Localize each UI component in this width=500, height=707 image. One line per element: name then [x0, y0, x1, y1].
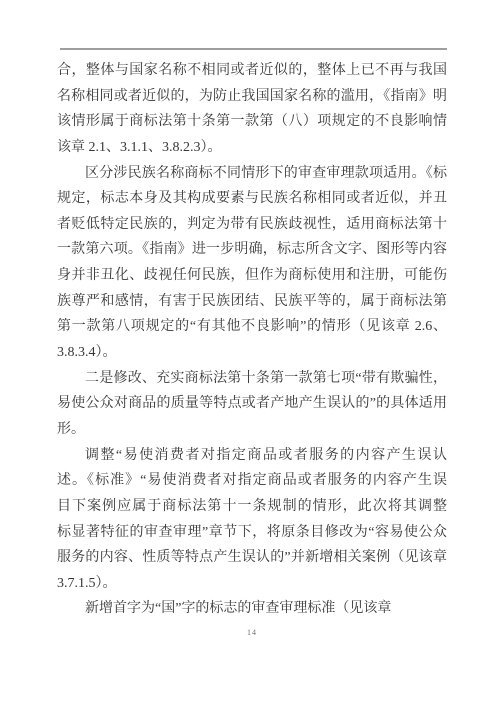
text-line: 形。: [57, 417, 447, 443]
text-line: 该章 2.1、3.1.1、3.8.2.3）。: [57, 135, 447, 161]
text-line: 一款第六项。《指南》进一步明确，标志所含文字、图形等内容本: [57, 237, 447, 263]
text-line: 该情形属于商标法第十条第一款第（八）项规定的不良影响情形（见: [57, 109, 447, 135]
text-line: 族尊严和感情，有害于民族团结、民族平等的，属于商标法第十条: [57, 289, 447, 315]
text-line: 易使公众对商品的质量等特点或者产地产生误认的”的具体适用情: [57, 391, 447, 417]
text-line: 述。《标准》“易使消费者对指定商品或者服务的内容产生误认”条: [57, 468, 447, 494]
page-number: 14: [57, 628, 447, 637]
text-line: 身并非丑化、歧视任何民族，但作为商标使用和注册，可能伤害民: [57, 263, 447, 289]
text-line: 规定，标志本身及其构成要素与民族名称相同或者近似，并丑化或: [57, 186, 447, 212]
document-body: 合，整体与国家名称不相同或者近似的，整体上已不再与我国国家 名称相同或者近似的，…: [57, 58, 447, 622]
text-line: 二是修改、充实商标法第十条第一款第七项“带有欺骗性，容: [57, 366, 447, 392]
document-page: 合，整体与国家名称不相同或者近似的，整体上已不再与我国国家 名称相同或者近似的，…: [0, 0, 500, 707]
text-line: 服务的内容、性质等特点产生误认的”并新增相关案例（见该章: [57, 545, 447, 571]
text-line: 目下案例应属于商标法第十一条规制的情形，此次将其调整到“商: [57, 494, 447, 520]
text-line: 合，整体与国家名称不相同或者近似的，整体上已不再与我国国家: [57, 58, 447, 84]
text-line: 者贬低特定民族的，判定为带有民族歧视性，适用商标法第十条第: [57, 212, 447, 238]
text-line: 新增首字为“国”字的标志的审查审理标准（见该章 3.7.1.1）。: [57, 596, 447, 622]
text-line: 标显著特征的审查审理”章节下，将原条目修改为“容易使公众对: [57, 520, 447, 546]
header-rule: [60, 48, 447, 50]
text-line: 3.8.3.4）。: [57, 340, 447, 366]
text-line: 第一款第八项规定的“有其他不良影响”的情形（见该章 2.6、3.6、: [57, 314, 447, 340]
text-line: 名称相同或者近似的，为防止我国国家名称的滥用，《指南》明确: [57, 84, 447, 110]
text-line: 调整“易使消费者对指定商品或者服务的内容产生误认的”表: [57, 443, 447, 469]
text-line: 3.7.1.5）。: [57, 571, 447, 597]
text-line: 区分涉民族名称商标不同情形下的审查审理款项适用。《标准》: [57, 161, 447, 187]
